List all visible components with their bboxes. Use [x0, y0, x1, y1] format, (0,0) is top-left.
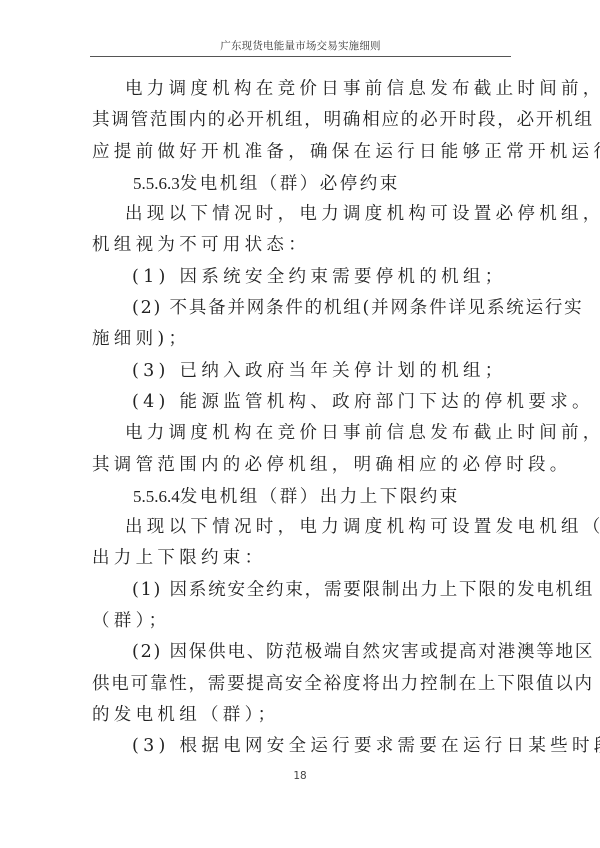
header-rule — [90, 56, 511, 57]
paragraph-line: 出力上下限约束： — [92, 543, 512, 574]
list-item-continuation: 的发电机组（群）； — [92, 700, 512, 731]
list-item: (4) 能源监管机构、政府部门下达的停机要求。 — [92, 387, 512, 418]
section-title: 发电机组（群）必停约束 — [180, 174, 400, 194]
document-body: 电力调度机构在竞价日事前信息发布截止时间前，通知 其调管范围内的必开机组，明确相… — [92, 74, 512, 763]
section-heading-5-5-6-3: 5.5.6.3发电机组（群）必停约束 — [92, 168, 512, 199]
paragraph-line: 机组视为不可用状态： — [92, 230, 512, 261]
paragraph-line: 应提前做好开机准备，确保在运行日能够正常开机运行。 — [92, 137, 512, 168]
list-item: (3) 已纳入政府当年关停计划的机组； — [92, 356, 512, 387]
section-number: 5.5.6.3 — [133, 174, 180, 193]
section-number: 5.5.6.4 — [133, 487, 180, 506]
section-heading-5-5-6-4: 5.5.6.4发电机组（群）出力上下限约束 — [92, 481, 512, 512]
paragraph-line: 电力调度机构在竞价日事前信息发布截止时间前，通知 — [92, 74, 512, 105]
running-header: 广东现货电能量市场交易实施细则 — [90, 38, 511, 56]
list-item: (1) 因系统安全约束，需要限制出力上下限的发电机组 — [92, 575, 512, 606]
list-item-continuation: 施细则)； — [92, 324, 512, 355]
list-item: (2) 因保供电、防范极端自然灾害或提高对港澳等地区 — [92, 637, 512, 668]
section-title: 发电机组（群）出力上下限约束 — [180, 487, 460, 507]
page-number: 18 — [0, 770, 600, 782]
paragraph-line: 其调管范围内的必停机组，明确相应的必停时段。 — [92, 450, 512, 481]
list-item: (3) 根据电网安全运行要求需要在运行日某些时段限 — [92, 731, 512, 762]
paragraph-line: 出现以下情况时，电力调度机构可设置必停机组，必停 — [92, 199, 512, 230]
list-item: (2) 不具备并网条件的机组(并网条件详见系统运行实 — [92, 293, 512, 324]
list-item: (1) 因系统安全约束需要停机的机组； — [92, 262, 512, 293]
paragraph-line: 电力调度机构在竞价日事前信息发布截止时间前，通知 — [92, 418, 512, 449]
list-item-continuation: 供电可靠性，需要提高安全裕度将出力控制在上下限值以内 — [92, 669, 512, 700]
paragraph-line: 其调管范围内的必开机组，明确相应的必开时段，必开机组 — [92, 105, 512, 136]
paragraph-line: 出现以下情况时，电力调度机构可设置发电机组（群） — [92, 512, 512, 543]
list-item-continuation: （群）； — [92, 606, 512, 637]
